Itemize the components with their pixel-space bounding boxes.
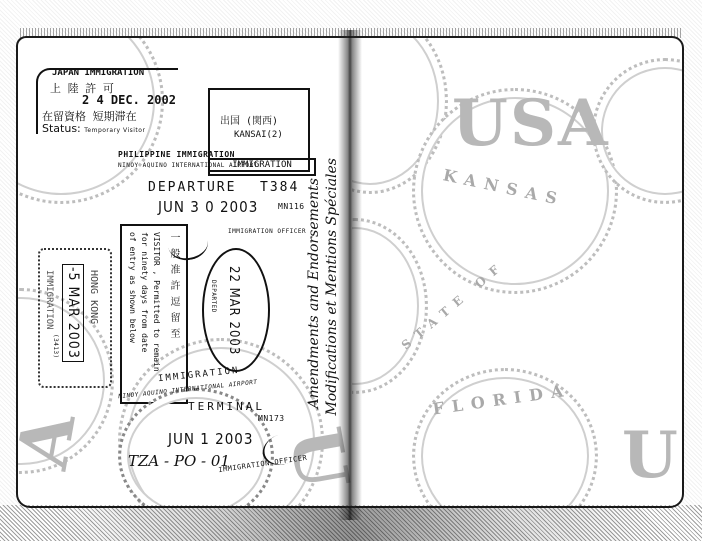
hk-code: (3413) — [52, 334, 59, 359]
ph-dep-date: JUN 3 0 2003 — [158, 198, 258, 216]
right-page: USA U KANSAS FLORIDA STATE OF — [352, 36, 684, 508]
ph-arr-handwritten: TZA - PO - 01 — [128, 452, 230, 470]
ph-dep-code: T384 — [260, 180, 299, 195]
hk-departure-oval-stamp: 22 MAR 2003 DEPARTED — [202, 248, 270, 372]
watermark-letter: U — [622, 418, 680, 493]
philippines-departure-stamp: PHILIPPINE IMMIGRATION NINOY AQUINO INTE… — [38, 150, 338, 240]
ph-arr-date: JUN 1 2003 — [168, 430, 253, 448]
hk-visitor-line2: for ninety days from date — [140, 232, 149, 352]
ph-dep-label: DEPARTURE — [148, 180, 236, 195]
ph-dep-officer-label: IMMIGRATION OFFICER — [228, 228, 306, 235]
hk-visitor-line1: VISITOR , Permitted to remain — [152, 232, 161, 372]
japan-status-value: Temporary Visitor — [84, 127, 145, 134]
japan-immigration-stamp: JAPAN IMMIGRATION 上 陸 許 可 2 4 DEC. 2002 … — [32, 66, 200, 140]
watermark-seal — [352, 218, 428, 394]
hk-label: HONG KONG — [88, 270, 99, 324]
ph-arr-terminal: TERMINAL — [188, 400, 265, 413]
japan-date: 2 4 DEC. 2002 — [82, 93, 176, 107]
hk-visitor-line3: of entry as shown below — [128, 232, 137, 343]
kansai-label: KANSAI(2) — [234, 130, 283, 140]
ph-dep-officer-code: MN116 — [278, 202, 305, 211]
hong-kong-stamp: -5 MAR 2003 IMMIGRATION HONG KONG (3413) — [38, 248, 112, 388]
hk-oval-label: DEPARTED — [210, 280, 217, 313]
hk-oval-date: 22 MAR 2003 — [226, 266, 241, 355]
passport-spine — [338, 30, 362, 520]
kansai-jp: 出国 (関西) — [220, 112, 278, 127]
heading-english: Amendments and Endorsements — [306, 178, 322, 408]
hk-date: -5 MAR 2003 — [62, 264, 84, 362]
japan-status-label: Status: — [42, 122, 81, 135]
japan-header: JAPAN IMMIGRATION — [52, 68, 144, 78]
watermark-usa: USA — [452, 86, 610, 161]
ph-dep-airport: IMMIGRATION — [208, 158, 316, 176]
philippines-arrival-stamp: IMMIGRATION NINOY AQUINO INTERNATIONAL A… — [108, 368, 338, 498]
hk-sub: IMMIGRATION — [44, 270, 54, 330]
left-page: A U JAPAN IMMIGRATION 上 陸 許 可 2 4 DEC. 2… — [16, 36, 352, 508]
ph-arr-officer-code: MN173 — [258, 414, 285, 423]
scan-bottom-edge — [0, 505, 702, 541]
